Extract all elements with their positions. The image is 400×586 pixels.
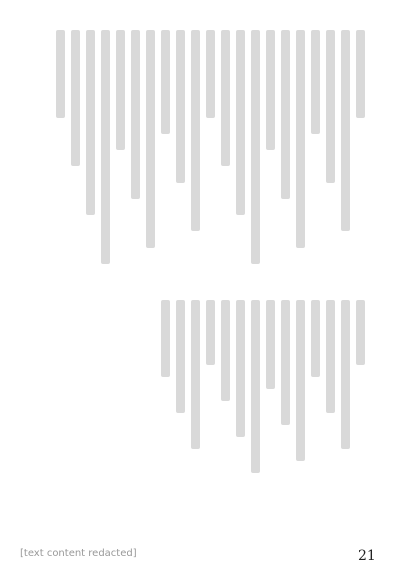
redacted-line (341, 30, 350, 231)
redacted-line (266, 30, 275, 150)
redacted-line (296, 300, 305, 461)
redacted-line (191, 300, 200, 449)
redacted-line (206, 300, 215, 365)
redacted-line (71, 30, 80, 166)
redacted-line (206, 30, 215, 118)
redacted-line (161, 300, 170, 377)
redacted-line (251, 30, 260, 264)
lower-text-block-redacted (130, 300, 365, 490)
redacted-line (266, 300, 275, 389)
redacted-line (326, 300, 335, 413)
redacted-line (86, 30, 95, 215)
redacted-line (281, 30, 290, 199)
redacted-line (236, 30, 245, 215)
redacted-line (296, 30, 305, 248)
redacted-line (131, 30, 140, 199)
redacted-line (221, 30, 230, 166)
redacted-line (356, 30, 365, 118)
redacted-line (176, 30, 185, 183)
redacted-line (176, 300, 185, 413)
page-number: 21 (358, 548, 376, 564)
redacted-line (221, 300, 230, 401)
redacted-line (356, 300, 365, 365)
redacted-line (146, 30, 155, 248)
redacted-line (281, 300, 290, 425)
redacted-line (161, 30, 170, 134)
redacted-line (326, 30, 335, 183)
redacted-line (251, 300, 260, 473)
redacted-line (116, 30, 125, 150)
redacted-line (311, 30, 320, 134)
redacted-line (101, 30, 110, 264)
redacted-line (341, 300, 350, 449)
redacted-line (236, 300, 245, 437)
redacted-line (311, 300, 320, 377)
upper-text-block-redacted (40, 30, 365, 285)
redacted-line (56, 30, 65, 118)
redacted-line (191, 30, 200, 231)
redaction-note: [text content redacted] (20, 548, 137, 559)
